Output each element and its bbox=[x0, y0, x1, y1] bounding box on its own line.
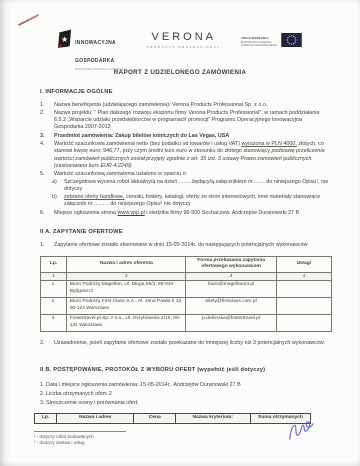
offer-table-header-row: Lp. Nazwa i adres oferenta Forma przekaz… bbox=[41, 256, 332, 272]
offer-note bbox=[276, 280, 331, 297]
offer-table-row: 2. Biuro Podróży First Class S.A., Al. J… bbox=[41, 297, 332, 314]
verona-logo: VERONA PRODUCTS PROFESSIONAL bbox=[147, 32, 221, 49]
justification-text: Uzasadnienie, jeżeli zapytanie ofertowe … bbox=[54, 340, 332, 347]
offer-table-row: 3. Fostertravel.pl Sp. z o.o., Ul. Grzyb… bbox=[41, 314, 332, 331]
offer-note bbox=[276, 297, 331, 314]
section1-heading: I. INFORMACJE OGÓLNE bbox=[40, 89, 332, 97]
offers-received-line: 2. Liczba otrzymanych ofert: 2 bbox=[40, 391, 332, 398]
website-link: www.vpp.pl bbox=[118, 210, 145, 216]
order-value: Wartość szacunkowa zamówienia netto (bez… bbox=[54, 141, 332, 170]
report-title: RAPORT Z UDZIELONEGO ZAMÓWIENIA bbox=[0, 69, 360, 76]
section2a-item-2: 2. Uzasadnienie, jeżeli zapytanie oferto… bbox=[40, 340, 332, 347]
evaluation-summary-line: 3. Streszczenie oceny i porównania ofert… bbox=[40, 400, 332, 407]
beneficiary-name: Nazwa beneficjenta (udzielającego zamówi… bbox=[54, 102, 332, 109]
valuation-option-b: zebrane oferty handlowe, cenniki, folder… bbox=[64, 194, 332, 208]
ig-logo-line2: GOSPODARKA bbox=[75, 58, 114, 64]
inquiry-sent-text: Zapytanie ofertowe zostało skierowane w … bbox=[54, 242, 332, 249]
offer-lp: 1. bbox=[41, 280, 67, 297]
col-header-form: Forma przekazania zapytania ofertowego w… bbox=[186, 256, 276, 272]
evaluation-table-header-row: Lp. Nazwa i adres Cena Nazwa kryterium: … bbox=[35, 413, 311, 423]
verona-logo-subtitle: PRODUCTS PROFESSIONAL bbox=[147, 45, 221, 49]
project-name: Nazwa projektu: " Plan dalszego rozwoju … bbox=[54, 110, 332, 131]
offer-email: biuro@magellan24.pl bbox=[186, 280, 276, 297]
offer-email: bilety@firstclass.com.pl bbox=[186, 297, 276, 314]
eval-col-name: Nazwa i adres bbox=[57, 413, 134, 423]
section2a-item-1: 1. Zapytanie ofertowe zostało skierowane… bbox=[40, 242, 332, 249]
underlined-value: wyrażona w PLN 4000, bbox=[241, 141, 296, 147]
col-header-notes: Uwagi bbox=[276, 256, 331, 272]
valuation-basis-intro: Wartość szacunkową zamówienia ustalono w… bbox=[54, 171, 332, 178]
eval-col-price: Cena bbox=[134, 413, 175, 423]
order-subject: Przedmiot zamówienia: Zakup biletów lotn… bbox=[54, 133, 332, 140]
list-item-5: 5. Wartość szacunkową zamówienia ustalon… bbox=[40, 171, 332, 178]
logo-row: ★ INNOWACYJNA GOSPODARKA NARODOWA STRATE… bbox=[0, 0, 360, 57]
announcement-date-line: 1. Data i miejsce ogłoszenia zamówienia:… bbox=[40, 382, 332, 389]
svg-text:★: ★ bbox=[61, 35, 68, 44]
ig-logo-line1: INNOWACYJNA bbox=[75, 40, 116, 46]
offer-lp: 2. bbox=[41, 297, 67, 314]
offer-name-address: Biuro Podróży Magellan, Ul. Długa 55/2, … bbox=[67, 280, 186, 297]
list-item-5b: b) zebrane oferty handlowe, cenniki, fol… bbox=[52, 194, 332, 208]
innowacyjna-gospodarka-logo: ★ INNOWACYJNA GOSPODARKA NARODOWA STRATE… bbox=[58, 29, 127, 71]
section1-list: 1. Nazwa beneficjenta (udzielającego zam… bbox=[40, 102, 332, 217]
eval-col-lp: Lp. bbox=[35, 413, 57, 423]
offer-note bbox=[276, 314, 331, 331]
offer-email: p.debinska@fostertravel.pl bbox=[186, 314, 276, 331]
eu-logo: UNIA EUROPEJSKA EUROPEJSKI FUNDUSZ ROZWO… bbox=[241, 33, 302, 52]
valuation-option-a: Szczegółowa wycena robót aktualny/ą na d… bbox=[64, 179, 332, 193]
offer-table-number-row: 1 2 3 4 bbox=[41, 272, 332, 280]
list-item-1: 1. Nazwa beneficjenta (udzielającego zam… bbox=[40, 102, 332, 109]
section2b-heading: II B. POSTĘPOWANIE, PROTOKÓŁ Z WYBORU OF… bbox=[40, 367, 332, 375]
offer-name-address: Fostertravel.pl Sp. z o.o., Ul. Grzybows… bbox=[67, 314, 186, 331]
verona-logo-name: VERONA bbox=[147, 32, 221, 43]
eu-logo-line3: ROZWOJU REGIONALNEGO bbox=[241, 44, 277, 47]
scanned-report-page: ★ INNOWACYJNA GOSPODARKA NARODOWA STRATE… bbox=[0, 0, 360, 466]
footnote-divider bbox=[34, 431, 126, 432]
col-header-lp: Lp. bbox=[41, 256, 67, 272]
offer-name-address: Biuro Podróży First Class S.A., Al. Jana… bbox=[67, 297, 186, 314]
list-item-4: 4. Wartość szacunkowa zamówienia netto (… bbox=[40, 141, 332, 170]
evaluation-table: Lp. Nazwa i adres Cena Nazwa kryterium: … bbox=[34, 413, 311, 424]
announcement-place: Miejsce ogłoszenia strona www.vpp.pl i s… bbox=[54, 210, 332, 217]
list-item-5a: a) Szczegółowa wycena robót aktualny/ą n… bbox=[52, 179, 332, 193]
eu-flag-icon bbox=[281, 33, 302, 52]
offer-table: Lp. Nazwa i adres oferenta Forma przekaz… bbox=[40, 256, 332, 332]
offer-table-row: 1. Biuro Podróży Magellan, Ul. Długa 55/… bbox=[41, 280, 332, 297]
signature-mark bbox=[281, 410, 330, 455]
section2a-heading: II A. ZAPYTANIE OFERTOWE bbox=[40, 229, 332, 237]
list-item-2: 2. Nazwa projektu: " Plan dalszego rozwo… bbox=[40, 110, 332, 131]
list-item-6: 6. Miejsce ogłoszenia strona www.vpp.pl … bbox=[40, 210, 332, 217]
eval-col-criterion: Nazwa kryterium: bbox=[175, 413, 250, 423]
ig-flag-star-icon: ★ bbox=[58, 29, 72, 53]
col-header-name: Nazwa i adres oferenta bbox=[67, 256, 186, 272]
section2b-lines: 1. Data i miejsce ogłoszenia zamówienia:… bbox=[40, 382, 332, 407]
offer-lp: 3. bbox=[41, 314, 67, 331]
list-item-3: 3. Przedmiot zamówienia: Zakup biletów l… bbox=[40, 133, 332, 140]
